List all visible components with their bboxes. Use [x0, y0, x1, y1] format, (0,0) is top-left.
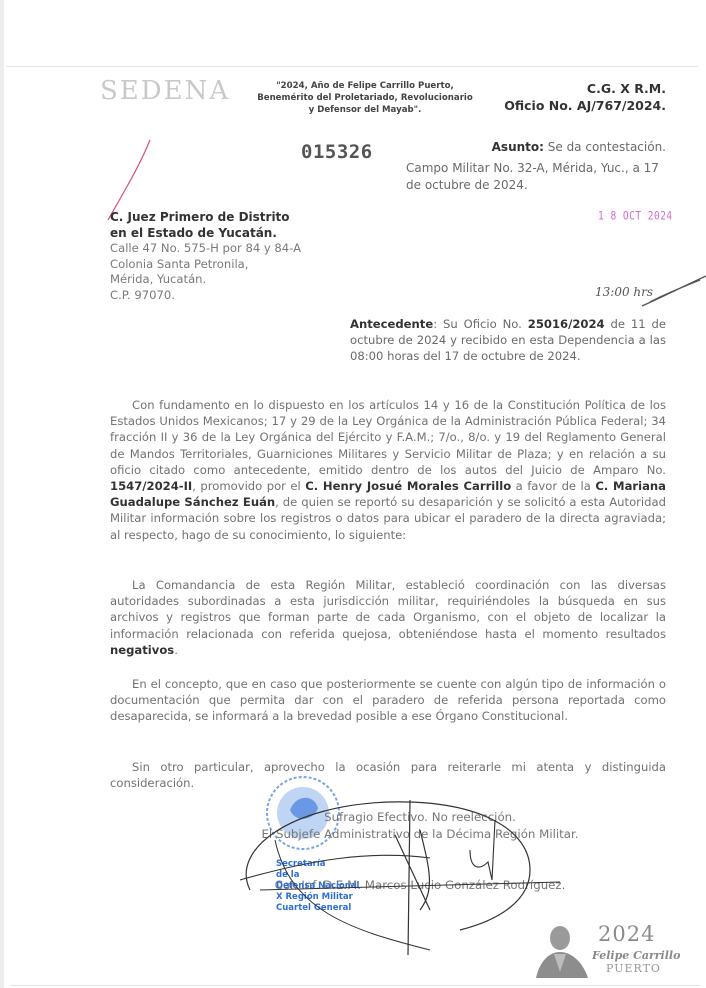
place-date: Campo Militar No. 32-A, Mérida, Yuc., a …	[406, 160, 666, 194]
seal-stamp-text: Secretaría de la Defensa Nacional X Regi…	[276, 859, 366, 914]
footer-name: Felipe Carrillo	[592, 949, 680, 962]
body-paragraph-results: La Comandancia de esta Región Militar, e…	[110, 577, 666, 658]
year-motto: "2024, Año de Felipe Carrillo Puerto, Be…	[255, 80, 475, 116]
scan-edge	[0, 0, 4, 988]
antecedent-oficio: 25016/2024	[528, 317, 605, 331]
antecedent-paragraph: Antecedente: Su Oficio No. 25016/2024 de…	[350, 316, 666, 364]
sedena-logo: SEDENA	[100, 76, 230, 106]
body-paragraph-commitment: En el concepto, que en caso que posterio…	[110, 676, 666, 725]
body-paragraph-legal-basis: Con fundamento en lo dispuesto en los ar…	[110, 397, 666, 543]
received-date-stamp: 1 8 OCT 2024	[598, 210, 673, 223]
result-negative: negativos	[110, 643, 174, 657]
document-page: SEDENA "2024, Año de Felipe Carrillo Pue…	[0, 0, 706, 988]
subject-line: Asunto: Se da contestación.	[492, 140, 666, 154]
recipient-title: C. Juez Primero de Distrito	[110, 210, 301, 226]
recipient-colony: Colonia Santa Petronila,	[110, 257, 301, 273]
subject-label: Asunto:	[492, 140, 544, 154]
scan-line	[10, 985, 700, 986]
footer-surname: PUERTO	[606, 962, 661, 975]
scan-line	[6, 66, 698, 67]
signer-position: El Subjefe Administrativo de la Décima R…	[200, 827, 640, 841]
felipe-carrillo-puerto-2024-logo: 2024 Felipe Carrillo PUERTO	[532, 920, 692, 978]
recipient-zip: C.P. 97070.	[110, 288, 301, 304]
reference-block: C.G. X R.M. Oficio No. AJ/767/2024.	[504, 80, 666, 114]
unit-code: C.G. X R.M.	[504, 80, 666, 97]
closing-motto: Sufragio Efectivo. No reelección.	[200, 810, 640, 824]
recipient-title-2: en el Estado de Yucatán.	[110, 226, 301, 242]
antecedent-label: Antecedente	[350, 317, 433, 331]
body-paragraph-courtesy: Sin otro particular, aprovecho la ocasió…	[110, 759, 666, 791]
amparo-number: 1547/2024-II	[110, 479, 192, 493]
received-time-note: 13:00 hrs	[595, 285, 653, 299]
subject-text: Se da contestación.	[544, 140, 666, 154]
signer-name: Cor. Inf. D.E.M. Marcos Lucio González R…	[200, 878, 640, 892]
footer-year: 2024	[598, 922, 655, 946]
recipient-block: C. Juez Primero de Distrito en el Estado…	[110, 210, 301, 303]
promovente-name: C. Henry Josué Morales Carrillo	[305, 479, 511, 493]
oficio-number: Oficio No. AJ/767/2024.	[504, 97, 666, 114]
portrait-icon	[532, 922, 590, 978]
recipient-city: Mérida, Yucatán.	[110, 272, 301, 288]
folio-number: 015326	[301, 141, 373, 163]
recipient-address: Calle 47 No. 575-H por 84 y 84-A	[110, 241, 301, 257]
